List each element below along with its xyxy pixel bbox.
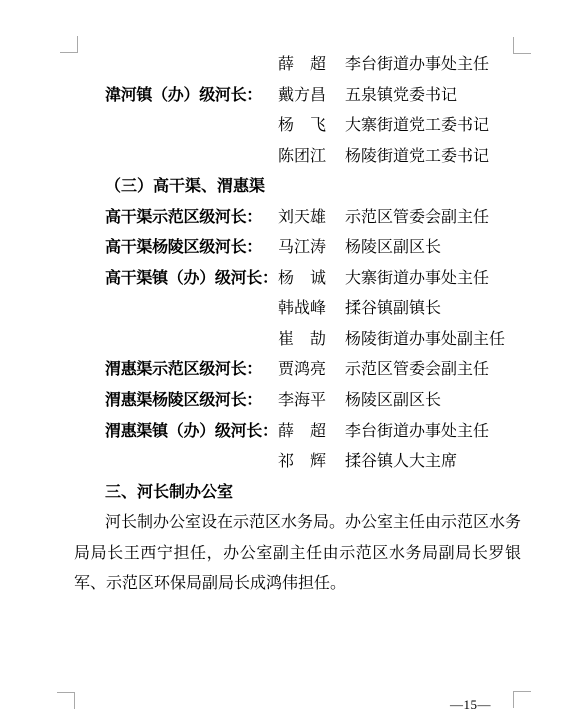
document-body: 薛 超 李台街道办事处主任 湋河镇（办）级河长： 戴方昌 五泉镇党委书记 杨 飞… xyxy=(74,50,521,600)
entry-label: 高干渠示范区级河长： xyxy=(74,203,278,234)
person-title: 杨陵区副区长 xyxy=(345,386,521,417)
river-chief-entry: 祁 辉 揉谷镇人大主席 xyxy=(74,447,521,478)
entry-label: 高干渠镇（办）级河长： xyxy=(74,264,278,295)
person-name: 陈团江 xyxy=(278,142,345,173)
entry-label xyxy=(74,142,278,173)
person-name: 杨 飞 xyxy=(278,111,345,142)
river-chief-entry: 杨 飞 大寨街道党工委书记 xyxy=(74,111,521,142)
river-chief-entry: 湋河镇（办）级河长： 戴方昌 五泉镇党委书记 xyxy=(74,81,521,112)
person-name: 杨 诚 xyxy=(278,264,345,295)
person-name: 祁 辉 xyxy=(278,447,345,478)
person-title: 大寨街道党工委书记 xyxy=(345,111,521,142)
entry-label xyxy=(74,325,278,356)
margin-cropmark-bottom-right xyxy=(513,691,531,708)
person-name: 韩战峰 xyxy=(278,294,345,325)
person-name: 李海平 xyxy=(278,386,345,417)
person-title: 李台街道办事处主任 xyxy=(345,50,521,81)
river-chief-entry: 薛 超 李台街道办事处主任 xyxy=(74,50,521,81)
person-name: 贾鸿亮 xyxy=(278,355,345,386)
person-title: 揉谷镇人大主席 xyxy=(345,447,521,478)
entry-label: 高干渠杨陵区级河长： xyxy=(74,233,278,264)
margin-cropmark-bottom-left xyxy=(57,692,75,709)
page-number: —15— xyxy=(450,697,491,712)
person-title: 杨陵街道办事处副主任 xyxy=(345,325,521,356)
entry-label: 湋河镇（办）级河长： xyxy=(74,81,278,112)
person-title: 五泉镇党委书记 xyxy=(345,81,521,112)
person-name: 薛 超 xyxy=(278,50,345,81)
river-chief-entry: 渭惠渠示范区级河长： 贾鸿亮 示范区管委会副主任 xyxy=(74,355,521,386)
entry-label: 渭惠渠示范区级河长： xyxy=(74,355,278,386)
person-title: 揉谷镇副镇长 xyxy=(345,294,521,325)
office-paragraph: 河长制办公室设在示范区水务局。办公室主任由示范区水务局局长王西宁担任，办公室副主… xyxy=(74,508,521,600)
river-chief-entry: 韩战峰 揉谷镇副镇长 xyxy=(74,294,521,325)
person-name: 薛 超 xyxy=(278,417,345,448)
document-page: 薛 超 李台街道办事处主任 湋河镇（办）级河长： 戴方昌 五泉镇党委书记 杨 飞… xyxy=(0,0,585,723)
person-name: 刘天雄 xyxy=(278,203,345,234)
person-title: 杨陵区副区长 xyxy=(345,233,521,264)
entry-label xyxy=(74,50,278,81)
river-chief-entry: 高干渠镇（办）级河长： 杨 诚 大寨街道办事处主任 xyxy=(74,264,521,295)
entry-label xyxy=(74,447,278,478)
person-title: 李台街道办事处主任 xyxy=(345,417,521,448)
river-chief-entry: 高干渠杨陵区级河长： 马江涛 杨陵区副区长 xyxy=(74,233,521,264)
person-title: 示范区管委会副主任 xyxy=(345,355,521,386)
person-title: 杨陵街道党工委书记 xyxy=(345,142,521,173)
entry-label xyxy=(74,294,278,325)
section-heading-office: 三、河长制办公室 xyxy=(74,478,521,509)
entry-label xyxy=(74,111,278,142)
person-name: 戴方昌 xyxy=(278,81,345,112)
river-chief-entry: 陈团江 杨陵街道党工委书记 xyxy=(74,142,521,173)
person-name: 崔 劼 xyxy=(278,325,345,356)
person-title: 示范区管委会副主任 xyxy=(345,203,521,234)
river-chief-entry: 高干渠示范区级河长： 刘天雄 示范区管委会副主任 xyxy=(74,203,521,234)
river-chief-entry: 渭惠渠杨陵区级河长： 李海平 杨陵区副区长 xyxy=(74,386,521,417)
person-title: 大寨街道办事处主任 xyxy=(345,264,521,295)
entry-label: 渭惠渠镇（办）级河长： xyxy=(74,417,278,448)
entry-label: 渭惠渠杨陵区级河长： xyxy=(74,386,278,417)
section-heading-canals: （三）高干渠、渭惠渠 xyxy=(74,172,521,203)
river-chief-entry: 渭惠渠镇（办）级河长： 薛 超 李台街道办事处主任 xyxy=(74,417,521,448)
person-name: 马江涛 xyxy=(278,233,345,264)
river-chief-entry: 崔 劼 杨陵街道办事处副主任 xyxy=(74,325,521,356)
